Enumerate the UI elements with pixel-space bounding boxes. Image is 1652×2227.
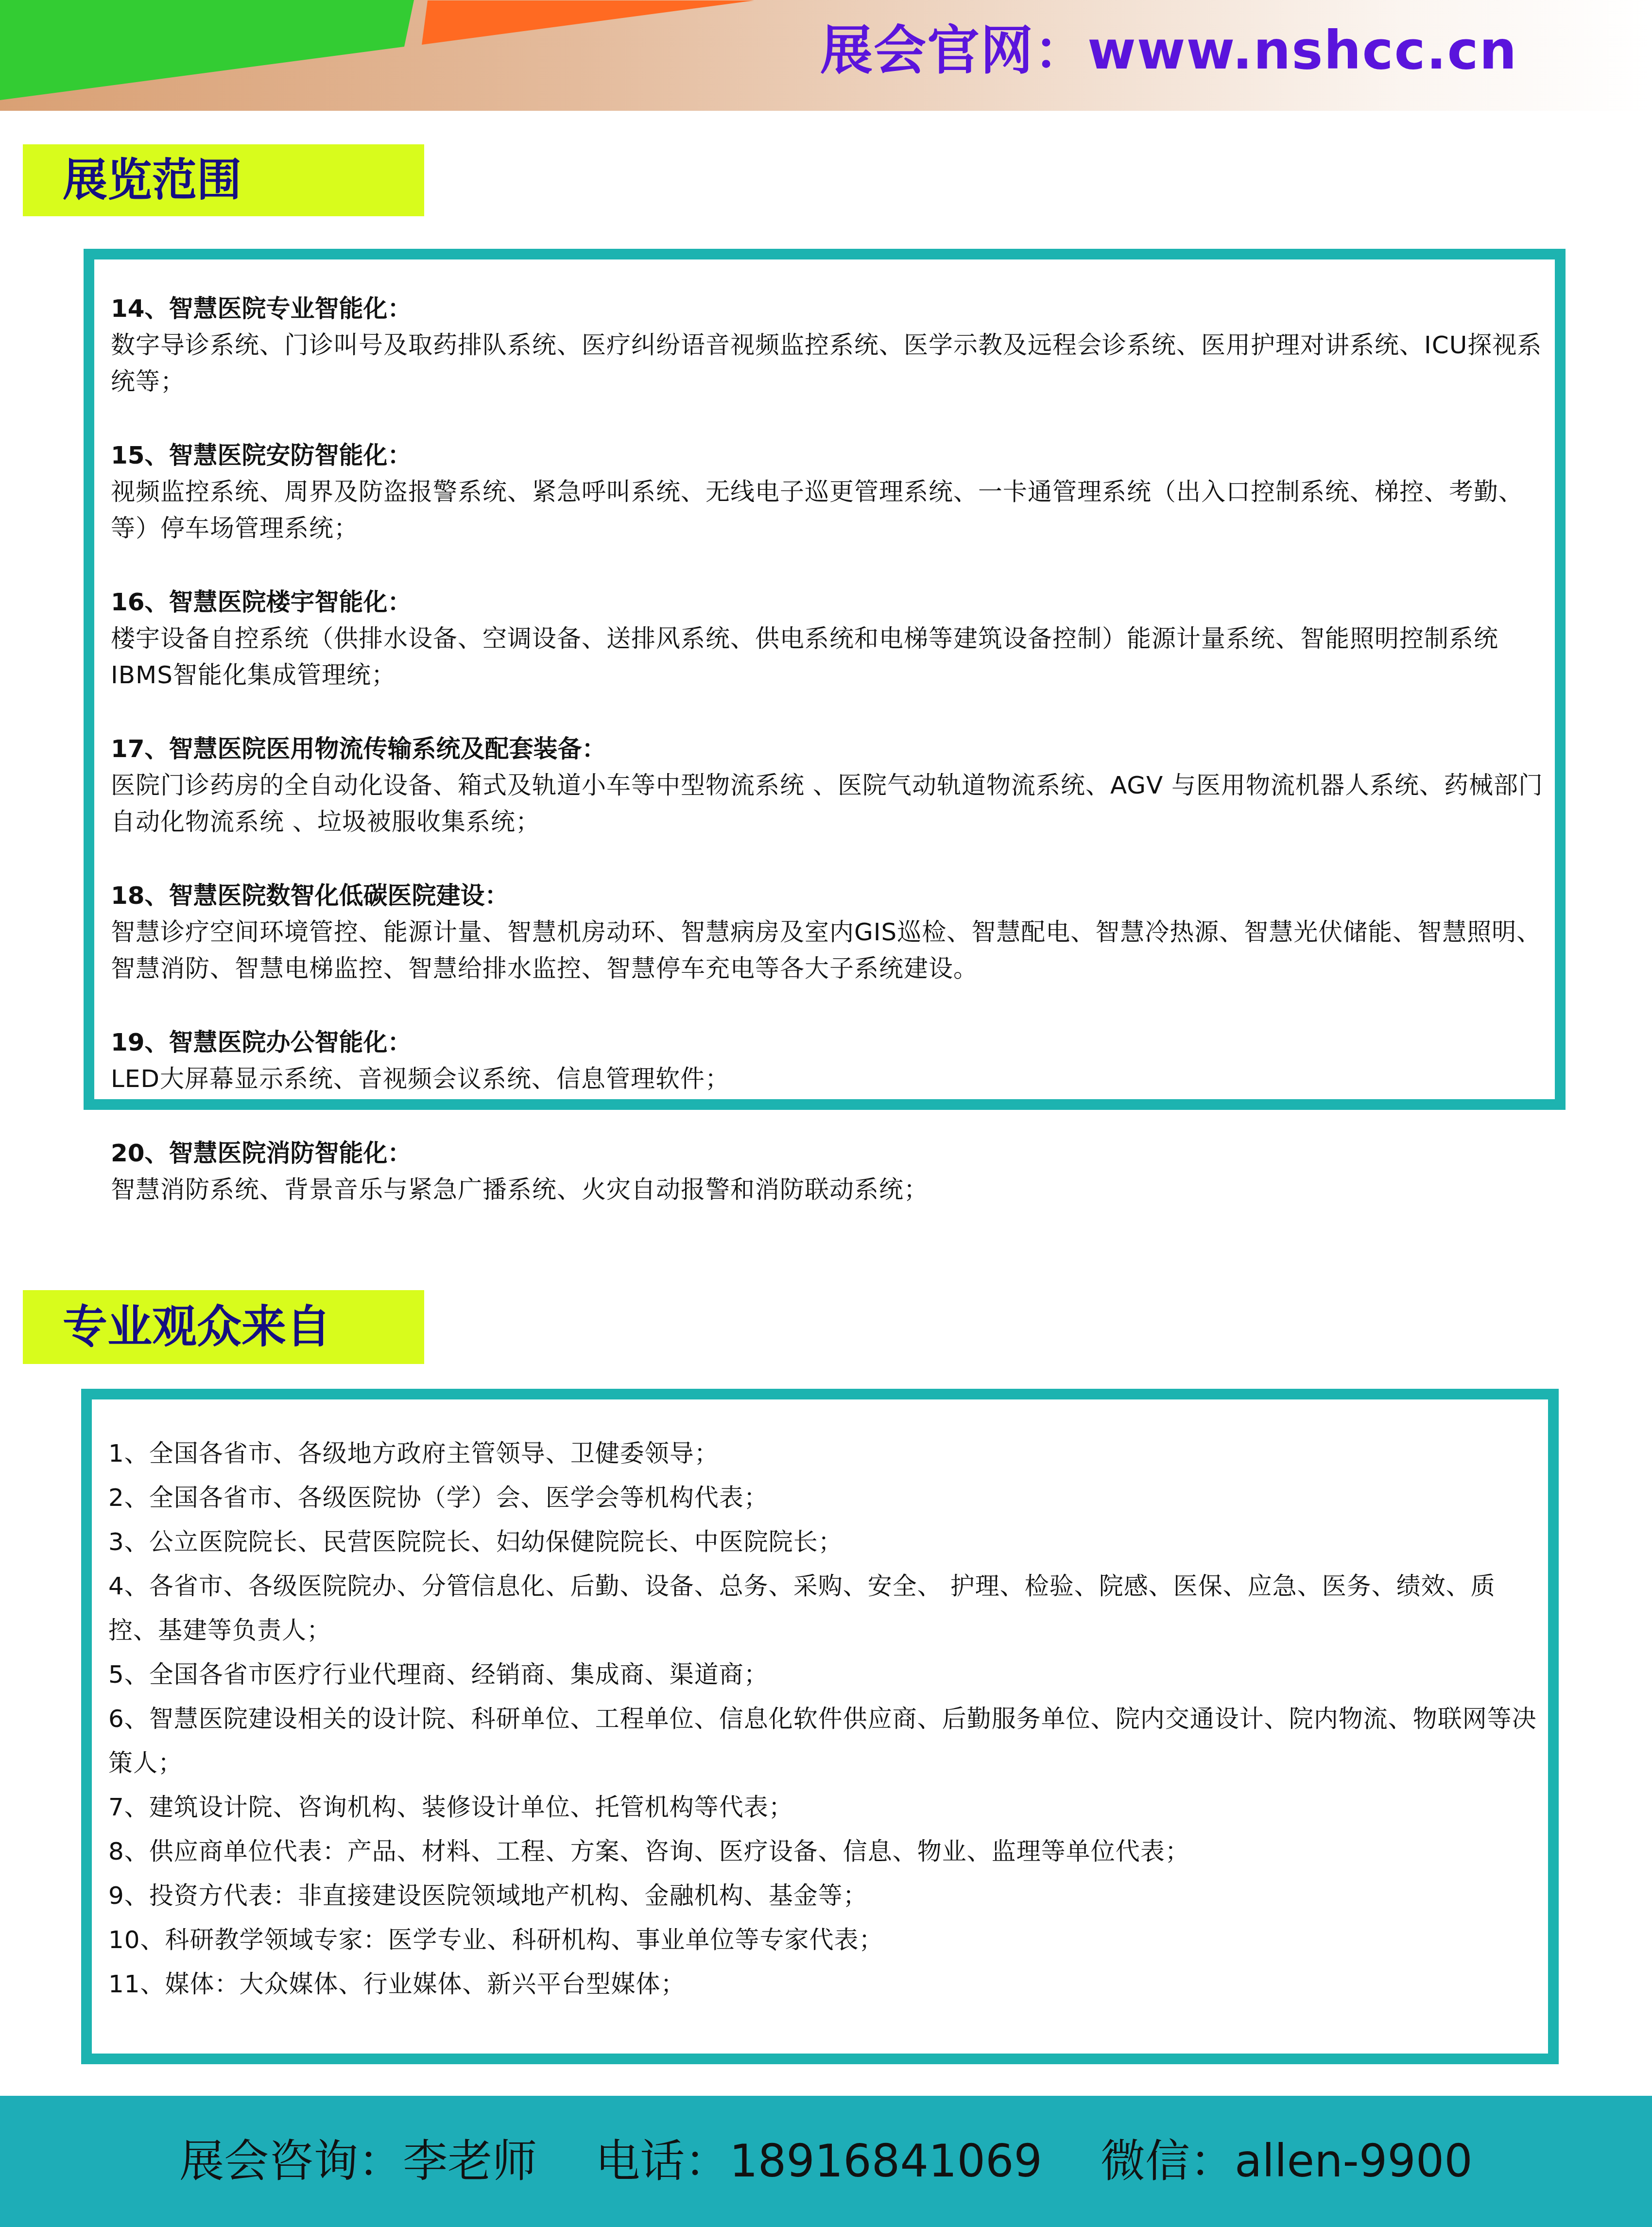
visitor-list-item: 2、全国各省市、各级医院协（学）会、医学会等机构代表；: [108, 1476, 1542, 1520]
visitor-list-item: 6、智慧医院建设相关的设计院、科研单位、工程单位、信息化软件供应商、后勤服务单位…: [108, 1697, 1542, 1785]
scope-item-17: 17、智慧医院医用物流传输系统及配套装备： 医院门诊药房的全自动化设备、箱式及轨…: [111, 731, 1549, 840]
contact-wechat: 微信：allen-9900: [1101, 2096, 1473, 2227]
scope-item-title: 18、智慧医院数智化低碳医院建设：: [111, 878, 1549, 914]
scope-item-15: 15、智慧医院安防智能化： 视频监控系统、周界及防盗报警系统、紧急呼叫系统、无线…: [111, 437, 1549, 547]
visitor-list-item: 5、全国各省市医疗行业代理商、经销商、集成商、渠道商；: [108, 1653, 1542, 1697]
scope-item-title: 19、智慧医院办公智能化：: [111, 1024, 1549, 1061]
scope-item-body: 数字导诊系统、门诊叫号及取药排队系统、医疗纠纷语音视频监控系统、医学示教及远程会…: [111, 327, 1549, 400]
scope-item-title: 20、智慧医院消防智能化：: [111, 1135, 1549, 1172]
website-title: 展会官网：www.nshcc.cn: [820, 15, 1517, 87]
section-label-text: 展览范围: [63, 144, 241, 216]
scope-item-18: 18、智慧医院数智化低碳医院建设： 智慧诊疗空间环境管控、能源计量、智慧机房动环…: [111, 878, 1549, 987]
visitor-list-item: 8、供应商单位代表：产品、材料、工程、方案、咨询、医疗设备、信息、物业、监理等单…: [108, 1830, 1542, 1874]
scope-item-14: 14、智慧医院专业智能化： 数字导诊系统、门诊叫号及取药排队系统、医疗纠纷语音视…: [111, 291, 1549, 400]
contact-phone[interactable]: 电话：18916841069: [595, 2096, 1042, 2227]
scope-item-title: 15、智慧医院安防智能化：: [111, 437, 1549, 474]
contact-line: 展会咨询：李老师电话：18916841069微信：allen-9900: [0, 2096, 1652, 2227]
scope-item-20: 20、智慧医院消防智能化： 智慧消防系统、背景音乐与紧急广播系统、火灾自动报警和…: [111, 1135, 1549, 1208]
contact-footer: 展会咨询：李老师电话：18916841069微信：allen-9900: [0, 2096, 1652, 2227]
scope-item-title: 17、智慧医院医用物流传输系统及配套装备：: [111, 731, 1549, 767]
visitor-list-item: 3、公立医院院长、民营医院院长、妇幼保健院院长、中医院院长；: [108, 1520, 1542, 1564]
visitor-list-item: 7、建筑设计院、咨询机构、装修设计单位、托管机构等代表；: [108, 1785, 1542, 1830]
visitor-list-item: 11、媒体：大众媒体、行业媒体、新兴平台型媒体；: [108, 1962, 1542, 2006]
exhibit-scope-box: 14、智慧医院专业智能化： 数字导诊系统、门诊叫号及取药排队系统、医疗纠纷语音视…: [84, 249, 1566, 1110]
orange-triangle-shape: [422, 0, 754, 45]
header-banner: 展会官网：www.nshcc.cn: [0, 0, 1652, 111]
visitor-list-item: 1、全国各省市、各级地方政府主管领导、卫健委领导；: [108, 1432, 1542, 1476]
scope-item-16: 16、智慧医院楼宇智能化： 楼宇设备自控系统（供排水设备、空调设备、送排风系统、…: [111, 584, 1549, 693]
scope-item-19: 19、智慧医院办公智能化： LED大屏幕显示系统、音视频会议系统、信息管理软件；: [111, 1024, 1549, 1097]
scope-item-body: 智慧消防系统、背景音乐与紧急广播系统、火灾自动报警和消防联动系统；: [111, 1172, 1549, 1208]
scope-item-body: 医院门诊药房的全自动化设备、箱式及轨道小车等中型物流系统 、医院气动轨道物流系统…: [111, 767, 1549, 840]
scope-item-body: 视频监控系统、周界及防盗报警系统、紧急呼叫系统、无线电子巡更管理系统、一卡通管理…: [111, 474, 1549, 547]
contact-person: 展会咨询：李老师: [179, 2096, 537, 2227]
visitor-list-item: 10、科研教学领域专家：医学专业、科研机构、事业单位等专家代表；: [108, 1918, 1542, 1962]
scope-item-body: 智慧诊疗空间环境管控、能源计量、智慧机房动环、智慧病房及室内GIS巡检、智慧配电…: [111, 914, 1549, 987]
scope-item-body: LED大屏幕显示系统、音视频会议系统、信息管理软件；: [111, 1061, 1549, 1097]
scope-item-title: 16、智慧医院楼宇智能化：: [111, 584, 1549, 621]
section-label-exhibit-scope: 展览范围: [23, 144, 424, 216]
scope-item-body: 楼宇设备自控系统（供排水设备、空调设备、送排风系统、供电系统和电梯等建筑设备控制…: [111, 621, 1549, 693]
visitor-list-item: 4、各省市、各级医院院办、分管信息化、后勤、设备、总务、采购、安全、 护理、检验…: [108, 1564, 1542, 1653]
visitor-list-item: 9、投资方代表：非直接建设医院领域地产机构、金融机构、基金等；: [108, 1874, 1542, 1918]
visitor-list: 1、全国各省市、各级地方政府主管领导、卫健委领导； 2、全国各省市、各级医院协（…: [108, 1432, 1542, 2006]
section-label-visitors: 专业观众来自: [23, 1290, 424, 1364]
section-label-text: 专业观众来自: [63, 1290, 331, 1364]
scope-item-title: 14、智慧医院专业智能化：: [111, 291, 1549, 327]
visitors-box: 1、全国各省市、各级地方政府主管领导、卫健委领导； 2、全国各省市、各级医院协（…: [81, 1389, 1559, 2064]
green-corner-shape: [0, 0, 414, 100]
